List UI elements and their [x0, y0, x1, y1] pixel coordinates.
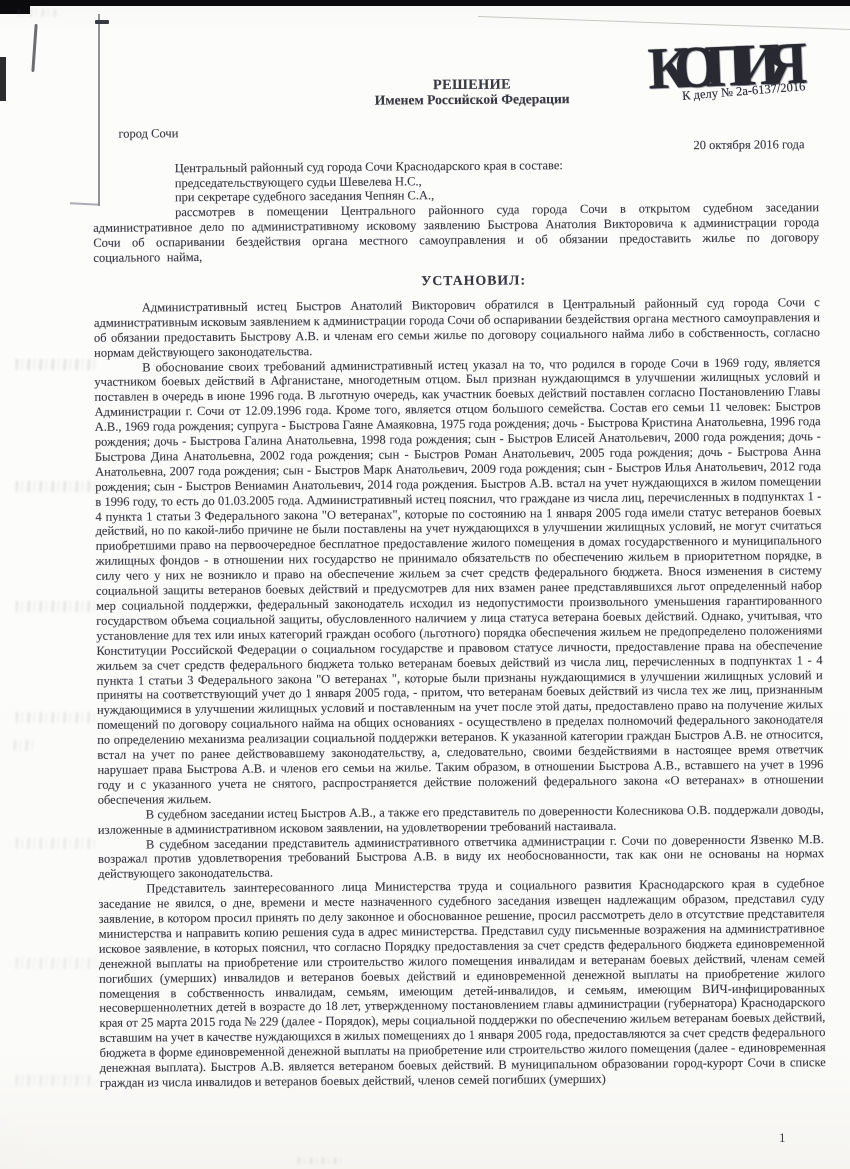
- margin-smudge: [16, 601, 98, 612]
- section-heading-ustanovil: УСТАНОВИЛ:: [128, 271, 820, 291]
- copy-stamp: КОПИЯ: [647, 34, 795, 99]
- paragraph-claim: Административный истец Быстров Анатолий …: [94, 295, 820, 360]
- margin-smudge: [16, 838, 96, 849]
- margin-smudge: [14, 740, 36, 751]
- top-left-smudge: [18, 9, 60, 17]
- court-composition: Центральный районный суд города Сочи Кра…: [93, 156, 820, 266]
- scanned-court-decision-page: КОПИЯ К делу № 2а-6137/2016 РЕШЕНИЕ Имен…: [0, 0, 850, 1169]
- paragraph-claim-grounds: В обоснование своих требований администр…: [94, 355, 823, 808]
- margin-smudge: [16, 712, 96, 723]
- bottom-smudge: [298, 1158, 346, 1164]
- page-number: 1: [779, 1130, 786, 1146]
- margin-smudge: [16, 1075, 94, 1086]
- margin-smudge: [16, 958, 96, 969]
- paragraph-ministry-position: Представитель заинтересованного лица Мин…: [98, 876, 826, 1090]
- margin-smudge: [16, 481, 96, 492]
- scan-edge-left-mark: [0, 57, 6, 101]
- scan-edge-top-strip: [0, 0, 850, 6]
- hearing-description: рассмотрев в помещении Центрального райо…: [93, 200, 819, 265]
- margin-smudge: [16, 359, 98, 370]
- staple-mark: [31, 24, 37, 72]
- document-body: РЕШЕНИЕ Именем Российской Федерации горо…: [92, 75, 826, 1091]
- paper-fold-dash: [95, 20, 109, 24]
- underlying-page-edge: [478, 16, 850, 30]
- paragraph-defendant-position: В судебном заседании представитель админ…: [98, 832, 824, 882]
